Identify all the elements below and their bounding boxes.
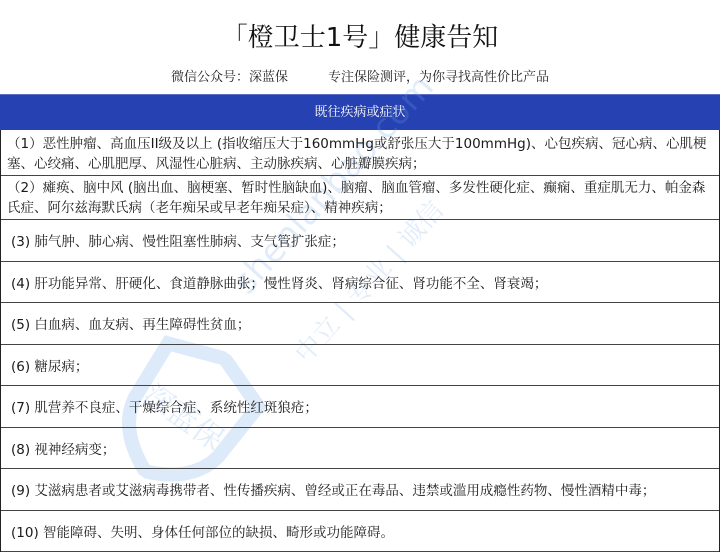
table-row: （2）瘫痪、脑中风 (脑出血、脑梗塞、暂时性脑缺血)、脑瘤、脑血管瘤、多发性硬化…: [1, 176, 719, 220]
row-text: (8) 视神经病变；: [11, 438, 115, 458]
row-text: (5) 白血病、血友病、再生障碍性贫血；: [11, 313, 250, 333]
table-row: (9) 艾滋病患者或艾滋病毒携带者、性传播疾病、曾经或正在毒品、违禁或滥用成瘾性…: [1, 469, 719, 511]
row-text: (6) 糖尿病；: [11, 355, 88, 375]
row-text: （2）瘫痪、脑中风 (脑出血、脑梗塞、暂时性脑缺血)、脑瘤、脑血管瘤、多发性硬化…: [7, 178, 709, 218]
table-row: (8) 视神经病变；: [1, 428, 719, 470]
table-row: (5) 白血病、血友病、再生障碍性贫血；: [1, 303, 719, 345]
table-row: (3) 肺气肿、肺心病、慢性阻塞性肺病、支气管扩张症；: [1, 220, 719, 262]
disease-table: （1）恶性肿瘤、高血压II级及以上 (指收缩压大于160mmHg或舒张压大于10…: [0, 130, 720, 552]
subtitle-slogan: 专注保险测评，为你寻找高性价比产品: [328, 70, 549, 85]
table-row: （1）恶性肿瘤、高血压II级及以上 (指收缩压大于160mmHg或舒张压大于10…: [1, 130, 719, 176]
row-text: (3) 肺气肿、肺心病、慢性阻塞性肺病、支气管扩张症；: [11, 230, 345, 250]
table-row: (7) 肌营养不良症、干燥综合症、系统性红斑狼疮；: [1, 386, 719, 428]
table-row: (4) 肝功能异常、肝硬化、食道静脉曲张；慢性肾炎、肾病综合征、肾功能不全、肾衰…: [1, 262, 719, 304]
row-text: （1）恶性肿瘤、高血压II级及以上 (指收缩压大于160mmHg或舒张压大于10…: [7, 134, 709, 174]
row-text: (4) 肝功能异常、肝硬化、食道静脉曲张；慢性肾炎、肾病综合征、肾功能不全、肾衰…: [11, 272, 547, 292]
page-title: 「橙卫士1号」健康告知: [0, 20, 720, 56]
section-header: 既往疾病或症状: [0, 94, 720, 130]
subtitle-account: 微信公众号：深蓝保: [171, 70, 288, 85]
table-row: (6) 糖尿病；: [1, 345, 719, 387]
row-text: (9) 艾滋病患者或艾滋病毒携带者、性传播疾病、曾经或正在毒品、违禁或滥用成瘾性…: [11, 479, 655, 499]
row-text: (7) 肌营养不良症、干燥综合症、系统性红斑狼疮；: [11, 396, 318, 416]
subtitle: 微信公众号：深蓝保专注保险测评，为你寻找高性价比产品: [0, 68, 720, 88]
row-text: (10) 智能障碍、失明、身体任何部位的缺损、畸形或功能障碍。: [11, 521, 394, 541]
table-row: (10) 智能障碍、失明、身体任何部位的缺损、畸形或功能障碍。: [1, 511, 719, 553]
